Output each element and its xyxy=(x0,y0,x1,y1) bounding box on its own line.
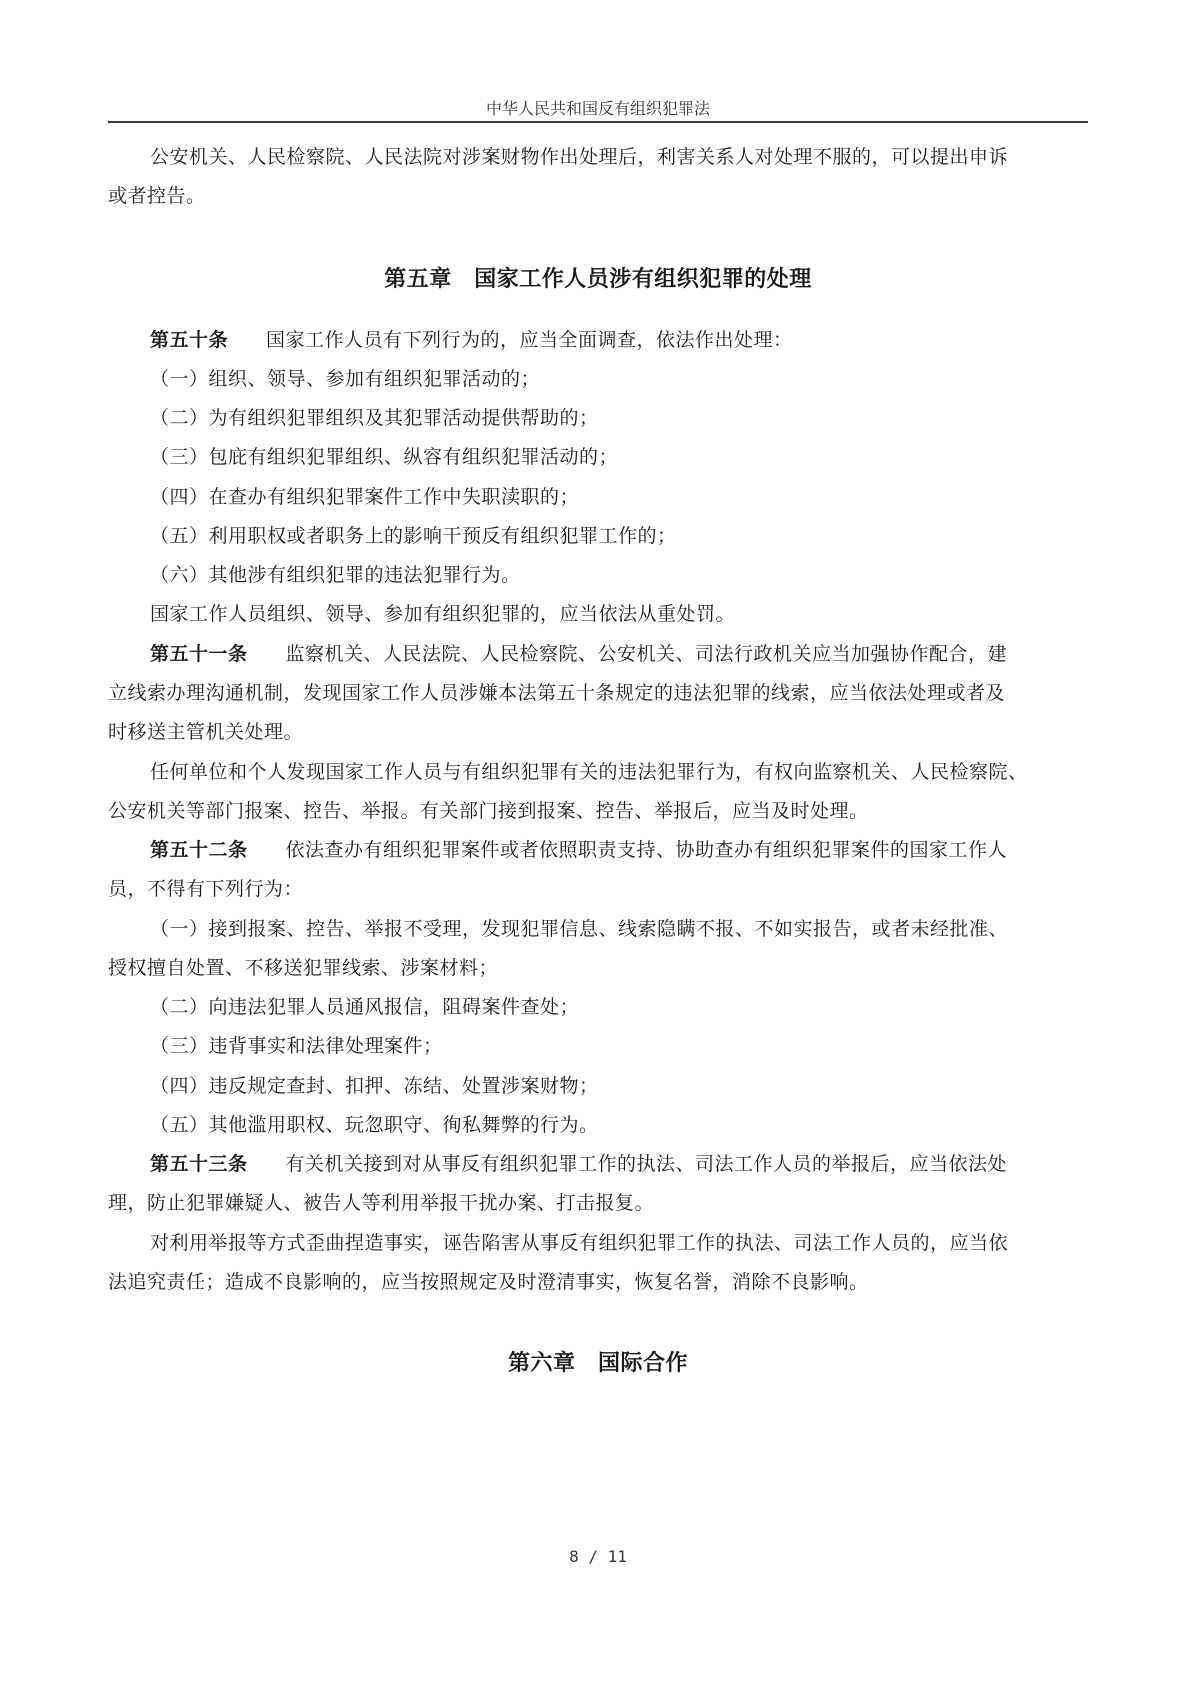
article-text: 依法查办有组织犯罪案件或者依照职责支持、协助查办有组织犯罪案件的国家工作人 xyxy=(286,839,1008,861)
article-text: 有关机关接到对从事反有组织犯罪工作的执法、司法工作人员的举报后，应当依法处 xyxy=(286,1153,1008,1175)
list-item: （一）接到报案、控告、举报不受理，发现犯罪信息、线索隐瞒不报、不如实报告，或者未… xyxy=(150,916,1130,942)
article-50: 第五十条国家工作人员有下列行为的，应当全面调查，依法作出处理： xyxy=(150,327,1130,353)
list-item: （二）为有组织犯罪组织及其犯罪活动提供帮助的； xyxy=(150,405,1130,431)
paragraph-line: 或者控告。 xyxy=(108,183,1088,209)
article-text: 监察机关、人民法院、人民检察院、公安机关、司法行政机关应当加强协作配合，建 xyxy=(286,643,1008,665)
header-rule xyxy=(108,121,1088,123)
paragraph-line: 立线索办理沟通机制，发现国家工作人员涉嫌本法第五十条规定的违法犯罪的线索，应当依… xyxy=(108,680,1088,706)
paragraph-line: 公安机关等部门报案、控告、举报。有关部门接到报案、控告、举报后，应当及时处理。 xyxy=(108,798,1088,824)
list-item: （五）利用职权或者职务上的影响干预反有组织犯罪工作的； xyxy=(150,523,1130,549)
chapter-5-title: 第五章 国家工作人员涉有组织犯罪的处理 xyxy=(108,262,1088,293)
article-label: 第五十二条 xyxy=(150,839,248,861)
list-item: （一）组织、领导、参加有组织犯罪活动的； xyxy=(150,366,1130,392)
article-label: 第五十条 xyxy=(150,329,228,351)
list-item: （四）在查办有组织犯罪案件工作中失职渎职的； xyxy=(150,484,1130,510)
paragraph-line: 对利用举报等方式歪曲捏造事实，诬告陷害从事反有组织犯罪工作的执法、司法工作人员的… xyxy=(150,1230,1130,1256)
page-header: 中华人民共和国反有组织犯罪法 xyxy=(108,96,1088,119)
paragraph-line: 国家工作人员组织、领导、参加有组织犯罪的，应当依法从重处罚。 xyxy=(150,601,1130,627)
paragraph-line: 员，不得有下列行为： xyxy=(108,876,1088,902)
article-53: 第五十三条有关机关接到对从事反有组织犯罪工作的执法、司法工作人员的举报后，应当依… xyxy=(150,1151,1130,1177)
list-item: （五）其他滥用职权、玩忽职守、徇私舞弊的行为。 xyxy=(150,1112,1130,1138)
paragraph-line: 公安机关、人民检察院、人民法院对涉案财物作出处理后，利害关系人对处理不服的，可以… xyxy=(150,144,1130,170)
list-item: （二）向违法犯罪人员通风报信，阻碍案件查处； xyxy=(150,994,1130,1020)
article-label: 第五十三条 xyxy=(150,1153,248,1175)
list-item: （三）违背事实和法律处理案件； xyxy=(150,1033,1130,1059)
article-52: 第五十二条依法查办有组织犯罪案件或者依照职责支持、协助查办有组织犯罪案件的国家工… xyxy=(150,837,1130,863)
paragraph-line: 法追究责任；造成不良影响的，应当按照规定及时澄清事实，恢复名誉，消除不良影响。 xyxy=(108,1269,1088,1295)
paragraph-line: 授权擅自处置、不移送犯罪线索、涉案材料； xyxy=(108,955,1088,981)
list-item: （四）违反规定查封、扣押、冻结、处置涉案财物； xyxy=(150,1073,1130,1099)
paragraph-line: 任何单位和个人发现国家工作人员与有组织犯罪有关的违法犯罪行为，有权向监察机关、人… xyxy=(150,759,1130,785)
list-item: （六）其他涉有组织犯罪的违法犯罪行为。 xyxy=(150,562,1130,588)
paragraph-line: 理，防止犯罪嫌疑人、被告人等利用举报干扰办案、打击报复。 xyxy=(108,1190,1088,1216)
article-51: 第五十一条监察机关、人民法院、人民检察院、公安机关、司法行政机关应当加强协作配合… xyxy=(150,641,1130,667)
article-text: 国家工作人员有下列行为的，应当全面调查，依法作出处理： xyxy=(266,329,793,351)
list-item: （三）包庇有组织犯罪组织、纵容有组织犯罪活动的； xyxy=(150,444,1130,470)
chapter-6-title: 第六章 国际合作 xyxy=(108,1346,1088,1377)
article-label: 第五十一条 xyxy=(150,643,248,665)
page-number: 8 / 11 xyxy=(108,1547,1088,1566)
paragraph-line: 时移送主管机关处理。 xyxy=(108,719,1088,745)
